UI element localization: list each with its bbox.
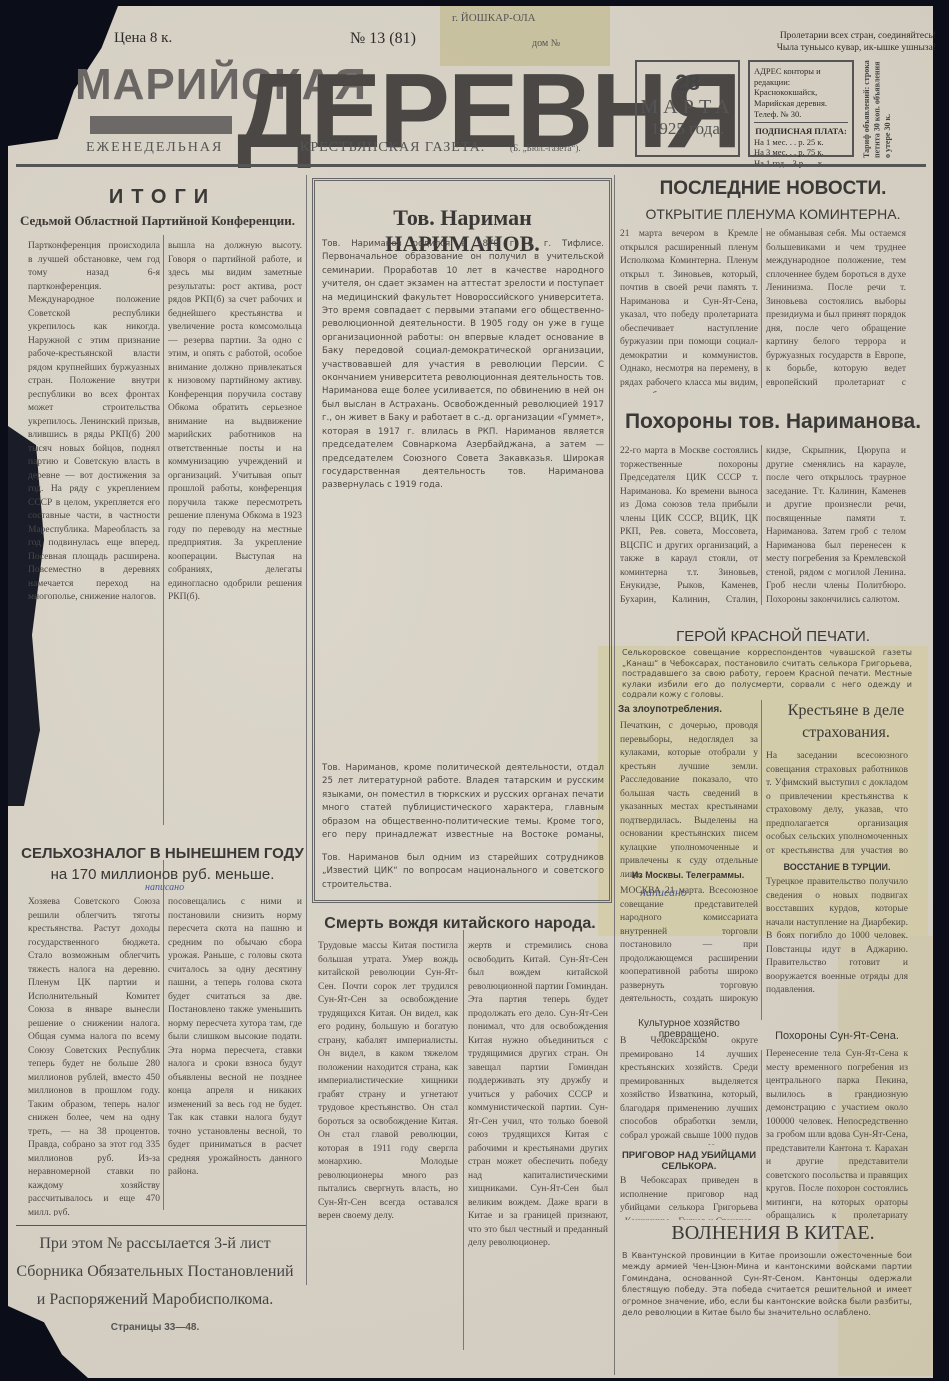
- news-subtitle: ОТКРЫТИЕ ПЛЕНУМА КОМИНТЕРНА.: [618, 206, 928, 222]
- subtitle-right: КРЕСТЬЯНСКАЯ ГАЗЕТА.: [300, 140, 485, 156]
- hero-title: ГЕРОЙ КРАСНОЙ ПЕЧАТИ.: [618, 628, 928, 645]
- abuse-title: За злоупотребления.: [618, 704, 758, 715]
- farm-body: В Чебоксарском округе премировано 14 луч…: [620, 1035, 758, 1145]
- article-body-narimanov-final: Тов. Нариманов был одним из старейших со…: [322, 852, 604, 892]
- footer-line-2: Сборника Обязательных Постановлений: [0, 1258, 310, 1286]
- column-divider: [463, 930, 464, 1350]
- footer-pages: Страницы 33—48.: [0, 1314, 310, 1342]
- abuse-body: Печаткин, с дочерью, проводя перевыборы,…: [620, 720, 758, 880]
- footer-line-3: и Распоряжений Маробисполкома.: [0, 1286, 310, 1314]
- footer-notice: При этом № рассылается 3-й лист Сборника…: [0, 1230, 310, 1342]
- subtitle-left: ЕЖЕНЕДЕЛЬНАЯ: [86, 140, 223, 156]
- sun-death-body-left: Трудовые массы Китая постигла большая ут…: [318, 940, 458, 1370]
- slogan-line-2: Чыла туньысо кувар, ик-ышке ушныза!: [716, 42, 936, 54]
- footer-line-1: При этом № рассылается 3-й лист: [0, 1230, 310, 1258]
- stamp-city: г. ЙОШКАР-ОЛА: [452, 12, 598, 24]
- turkey-title: ВОССТАНИЕ В ТУРЦИИ.: [766, 862, 908, 872]
- tax-body-right: посовещались с ними и постановили снизит…: [168, 896, 302, 1216]
- verdict-title: ПРИГОВОР НАД УБИЙЦАМИ СЕЛЬКОРА.: [618, 1150, 760, 1172]
- news-body-right: не обманывая себя. Мы остаемся большевик…: [766, 228, 906, 393]
- subtitle-note: (Б. „Бюл.-газета“).: [510, 143, 581, 153]
- article-title-itogi: ИТОГИ: [20, 186, 305, 209]
- china-unrest-body: В Квантунской провинции в Китае произошл…: [622, 1250, 912, 1350]
- column-divider: [163, 235, 164, 825]
- date-box: 28 МАРТА 1925 года.: [635, 60, 740, 157]
- column-divider: [761, 228, 762, 388]
- title-bar: [90, 116, 232, 134]
- article-body-itogi-left: Партконференция происходила в лучшей обс…: [28, 240, 160, 820]
- funeral-title: Похороны тов. Нариманова.: [618, 410, 928, 434]
- china-unrest-title: ВОЛНЕНИЯ В КИТАЕ.: [618, 1222, 928, 1245]
- subscription-box: АДРЕС конторы и редакции: Краснококшайск…: [748, 60, 854, 157]
- date-year: 1925 года.: [637, 119, 738, 139]
- article-body-narimanov-end: Тов. Нариманов, кроме политической деяте…: [322, 762, 604, 842]
- funeral-body-left: 22-го марта в Москве состоялись торжеств…: [620, 445, 758, 605]
- tax-title-line2: на 170 миллионов руб. меньше.: [20, 866, 305, 883]
- subscription-title: ПОДПИСНАЯ ПЛАТА:: [754, 122, 848, 137]
- sun-death-title: Смерть вождя китайского народа.: [310, 915, 610, 933]
- masthead-rule: [16, 164, 926, 167]
- hero-body: Селькоровское совещание корреспондентов …: [622, 648, 912, 700]
- column-divider: [761, 700, 762, 1020]
- column-divider: [761, 1050, 762, 1210]
- slogan: Пролетарии всех стран, соединяйтесь! Чыл…: [716, 30, 936, 55]
- article-body-narimanov: Тов. Нариманов родился в 1870 г. в г. Ти…: [322, 238, 604, 758]
- stamp-house: дом №: [532, 38, 598, 49]
- column-divider: [163, 860, 164, 1210]
- turkey-body: Турецкое правительство получило сведения…: [766, 876, 908, 996]
- sun-death-body-right: жертв и стремились снова освободить Кита…: [468, 940, 608, 1370]
- subscription-row: На 3 мес. . . р. 75 к.: [754, 147, 848, 158]
- moscow-telegram-title: Из Москвы. Телеграммы.: [618, 870, 758, 880]
- footer-rule: [16, 1225, 306, 1226]
- column-divider: [761, 445, 762, 605]
- article-body-itogi-right: вышла на должную высоту. Говоря о партий…: [168, 240, 302, 820]
- moscow-telegram-body: МОСКВА 21 марта. Всесоюзное совещание пр…: [620, 885, 758, 1005]
- subscription-row: На 1 мес. . . р. 25 к.: [754, 137, 848, 148]
- column-divider: [306, 175, 307, 1285]
- tax-title-line1: СЕЛЬХОЗНАЛОГ В НЫНЕШНЕМ ГОДУ: [20, 845, 305, 862]
- slogan-line-1: Пролетарии всех стран, соединяйтесь!: [716, 30, 936, 42]
- date-day: 28: [637, 70, 738, 96]
- sun-funeral-title: Похороны Сун-Ят-Сена.: [766, 1030, 908, 1042]
- column-divider: [614, 175, 615, 1375]
- issue-number: № 13 (81): [350, 30, 416, 48]
- ad-rate: Тариф объявлений: строка петита 30 коп. …: [862, 58, 902, 158]
- tax-body-left: Хозяева Советского Союза решили облегчит…: [28, 896, 160, 1216]
- address: АДРЕС конторы и редакции: Краснококшайск…: [754, 66, 848, 119]
- sun-funeral-body: Перенесение тела Сун-Ят-Сена к месту вре…: [766, 1048, 908, 1223]
- news-title: ПОСЛЕДНИЕ НОВОСТИ.: [618, 178, 928, 200]
- price: Цена 8 к.: [114, 30, 172, 47]
- funeral-body-right: кидзе, Скрыпник, Цюрупа и другие сменяли…: [766, 445, 906, 605]
- handwritten-note: написано: [145, 882, 184, 893]
- news-body-left: 21 марта вечером в Кремле открылся расши…: [620, 228, 758, 393]
- article-subtitle-itogi: Седьмой Областной Партийной Конференции.: [10, 213, 305, 229]
- insurance-body: На заседании всесоюзного совещания страх…: [766, 750, 908, 860]
- date-month: МАРТА: [637, 96, 738, 119]
- verdict-body: В Чебоксарах приведен в исполнение приго…: [620, 1175, 758, 1220]
- insurance-title: Крестьяне в деле страхования.: [766, 700, 926, 744]
